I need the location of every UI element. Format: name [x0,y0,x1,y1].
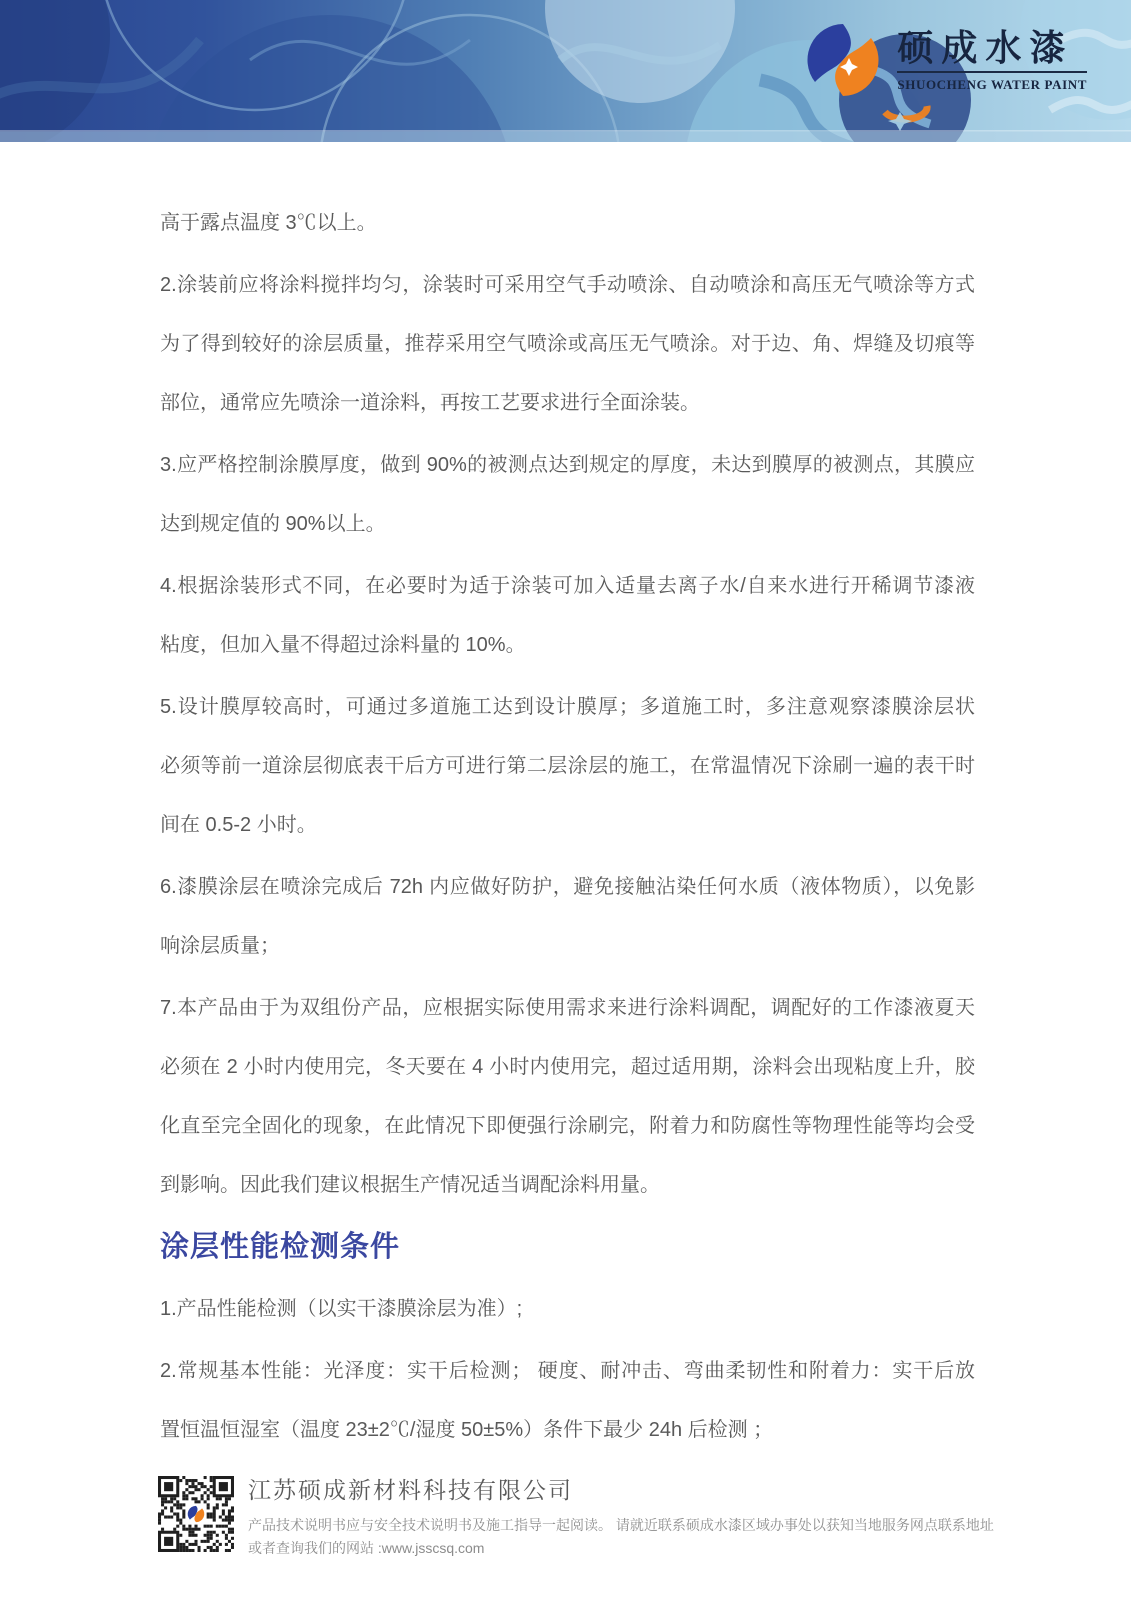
section-paragraph-list: 1.产品性能检测（以实干漆膜涂层为准）;2.常规基本性能：光泽度：实干后检测； … [160,1280,975,1460]
text-line: 1.产品性能检测（以实干漆膜涂层为准）; [160,1280,975,1339]
page-footer: 江苏硕成新材料科技有限公司 产品技术说明书应与安全技术说明书及施工指导一起阅读。… [158,1476,1101,1560]
text-line: 2.涂装前应将涂料搅拌均匀，涂装时可采用空气手动喷涂、自动喷涂和高压无气喷涂等方… [160,256,975,315]
document-page: 硕成水漆 SHUOCHENG WATER PAINT 高于露点温度 3℃以上。2… [0,0,1131,1600]
paragraph: 1.产品性能检测（以实干漆膜涂层为准）; [160,1280,975,1339]
text-line: 达到规定值的 90%以上。 [160,495,975,554]
brand-text: 硕成水漆 SHUOCHENG WATER PAINT [897,27,1087,92]
text-line: 为了得到较好的涂层质量，推荐采用空气喷涂或高压无气喷涂。对于边、角、焊缝及切痕等 [160,315,975,374]
paragraph: 3.应严格控制涂膜厚度，做到 90%的被测点达到规定的厚度，未达到膜厚的被测点，… [160,436,975,554]
document-body: 高于露点温度 3℃以上。2.涂装前应将涂料搅拌均匀，涂装时可采用空气手动喷涂、自… [0,142,1131,1460]
paragraph: 4.根据涂装形式不同，在必要时为适于涂装可加入适量去离子水/自来水进行开稀调节漆… [160,557,975,675]
footer-note-line1: 产品技术说明书应与安全技术说明书及施工指导一起阅读。 请就近联系硕成水漆区域办事… [248,1514,994,1537]
text-line: 间在 0.5-2 小时。 [160,796,975,855]
text-line: 7.本产品由于为双组份产品，应根据实际使用需求来进行涂料调配，调配好的工作漆液夏… [160,979,975,1038]
text-line: 粘度，但加入量不得超过涂料量的 10%。 [160,616,975,675]
brand-logo-icon [803,20,883,100]
paragraph: 高于露点温度 3℃以上。 [160,194,975,253]
text-line: 5.设计膜厚较高时，可通过多道施工达到设计膜厚；多道施工时，多注意观察漆膜涂层状… [160,678,975,737]
paragraph: 2.涂装前应将涂料搅拌均匀，涂装时可采用空气手动喷涂、自动喷涂和高压无气喷涂等方… [160,256,975,433]
text-line: 置恒温恒湿室（温度 23±2℃/湿度 50±5%）条件下最少 24h 后检测 ； [160,1401,975,1460]
text-line: 4.根据涂装形式不同，在必要时为适于涂装可加入适量去离子水/自来水进行开稀调节漆… [160,557,975,616]
text-line: 响涂层质量； [160,917,975,976]
header-banner: 硕成水漆 SHUOCHENG WATER PAINT [0,0,1131,142]
text-line: 3.应严格控制涂膜厚度，做到 90%的被测点达到规定的厚度，未达到膜厚的被测点，… [160,436,975,495]
paragraph: 5.设计膜厚较高时，可通过多道施工达到设计膜厚；多道施工时，多注意观察漆膜涂层状… [160,678,975,855]
text-line: 高于露点温度 3℃以上。 [160,194,975,253]
text-line: 化直至完全固化的现象，在此情况下即便强行涂刷完，附着力和防腐性等物理性能等均会受 [160,1097,975,1156]
paragraph: 7.本产品由于为双组份产品，应根据实际使用需求来进行涂料调配，调配好的工作漆液夏… [160,979,975,1215]
footer-note-line2: 或者查询我们的网站 :www.jsscsq.com [248,1537,994,1560]
footer-text: 江苏硕成新材料科技有限公司 产品技术说明书应与安全技术说明书及施工指导一起阅读。… [248,1476,994,1560]
paragraph: 6.漆膜涂层在喷涂完成后 72h 内应做好防护，避免接触沾染任何水质（液体物质）… [160,858,975,976]
text-line: 必须等前一道涂层彻底表干后方可进行第二层涂层的施工，在常温情况下涂刷一遍的表干时 [160,737,975,796]
brand-name-en: SHUOCHENG WATER PAINT [897,77,1087,93]
company-name: 江苏硕成新材料科技有限公司 [248,1477,994,1505]
section-heading: 涂层性能检测条件 [160,1218,975,1280]
brand-name-cn: 硕成水漆 [897,27,1087,68]
text-line: 部位，通常应先喷涂一道涂料，再按工艺要求进行全面涂装。 [160,374,975,433]
qr-code [158,1476,234,1552]
text-line: 6.漆膜涂层在喷涂完成后 72h 内应做好防护，避免接触沾染任何水质（液体物质）… [160,858,975,917]
text-line: 必须在 2 小时内使用完，冬天要在 4 小时内使用完，超过适用期，涂料会出现粘度… [160,1038,975,1097]
brand-logo: 硕成水漆 SHUOCHENG WATER PAINT [803,20,1087,100]
paragraph: 2.常规基本性能：光泽度：实干后检测； 硬度、耐冲击、弯曲柔韧性和附着力：实干后… [160,1342,975,1460]
text-line: 2.常规基本性能：光泽度：实干后检测； 硬度、耐冲击、弯曲柔韧性和附着力：实干后… [160,1342,975,1401]
text-line: 到影响。因此我们建议根据生产情况适当调配涂料用量。 [160,1156,975,1215]
paragraph-list: 高于露点温度 3℃以上。2.涂装前应将涂料搅拌均匀，涂装时可采用空气手动喷涂、自… [160,194,975,1215]
brand-divider [897,71,1087,73]
